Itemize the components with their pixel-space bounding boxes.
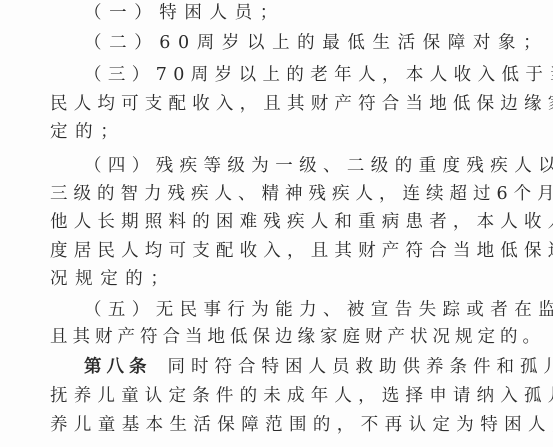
item-5-line-1: （五）无民事行为能力、被宣告失踪或者在监狱服刑的人员， [84,299,544,321]
item-4-line-4: 度居民人均可支配收入，且其财产符合当地低保边缘家庭财产状 [50,240,510,262]
item-2: （二）60周岁以上的最低生活保障对象； [84,32,544,54]
article-8-line-2: 抚养儿童认定条件的未成年人，选择申请纳入孤儿、事实无人抚 [50,385,510,407]
article-8-line-1: 第八条同时符合特困人员救助供养条件和孤儿、事实无人 [84,356,544,378]
article-8-heading: 第八条 [84,357,152,377]
article-8-line-3: 养儿童基本生活保障范围的，不再认定为特困人员。 [50,414,510,436]
article-8-text-1: 同时符合特困人员救助供养条件和孤儿、事实无人 [168,357,553,377]
item-3-line-1: （三）70周岁以上的老年人，本人收入低于当地上年度居 [84,64,544,86]
item-5-line-2: 且其财产符合当地低保边缘家庭财产状况规定的。 [50,326,510,348]
document-page: （一）特困人员； （二）60周岁以上的最低生活保障对象； （三）70周岁以上的老… [0,0,553,447]
item-3-line-3: 定的； [50,121,510,143]
item-1: （一）特困人员； [84,2,544,24]
item-4-line-1: （四）残疾等级为一级、二级的重度残疾人以及残疾等级为 [84,155,544,177]
item-4-line-3: 他人长期照料的困难残疾人和重病患者，本人收入低于当地上年 [50,211,510,233]
item-4-line-2: 三级的智力残疾人、精神残疾人，连续超过6个月卧床不起且需 [50,183,510,205]
item-4-line-5: 况规定的； [50,268,510,290]
item-3-line-2: 民人均可支配收入，且其财产符合当地低保边缘家庭财产状况规 [50,93,510,115]
